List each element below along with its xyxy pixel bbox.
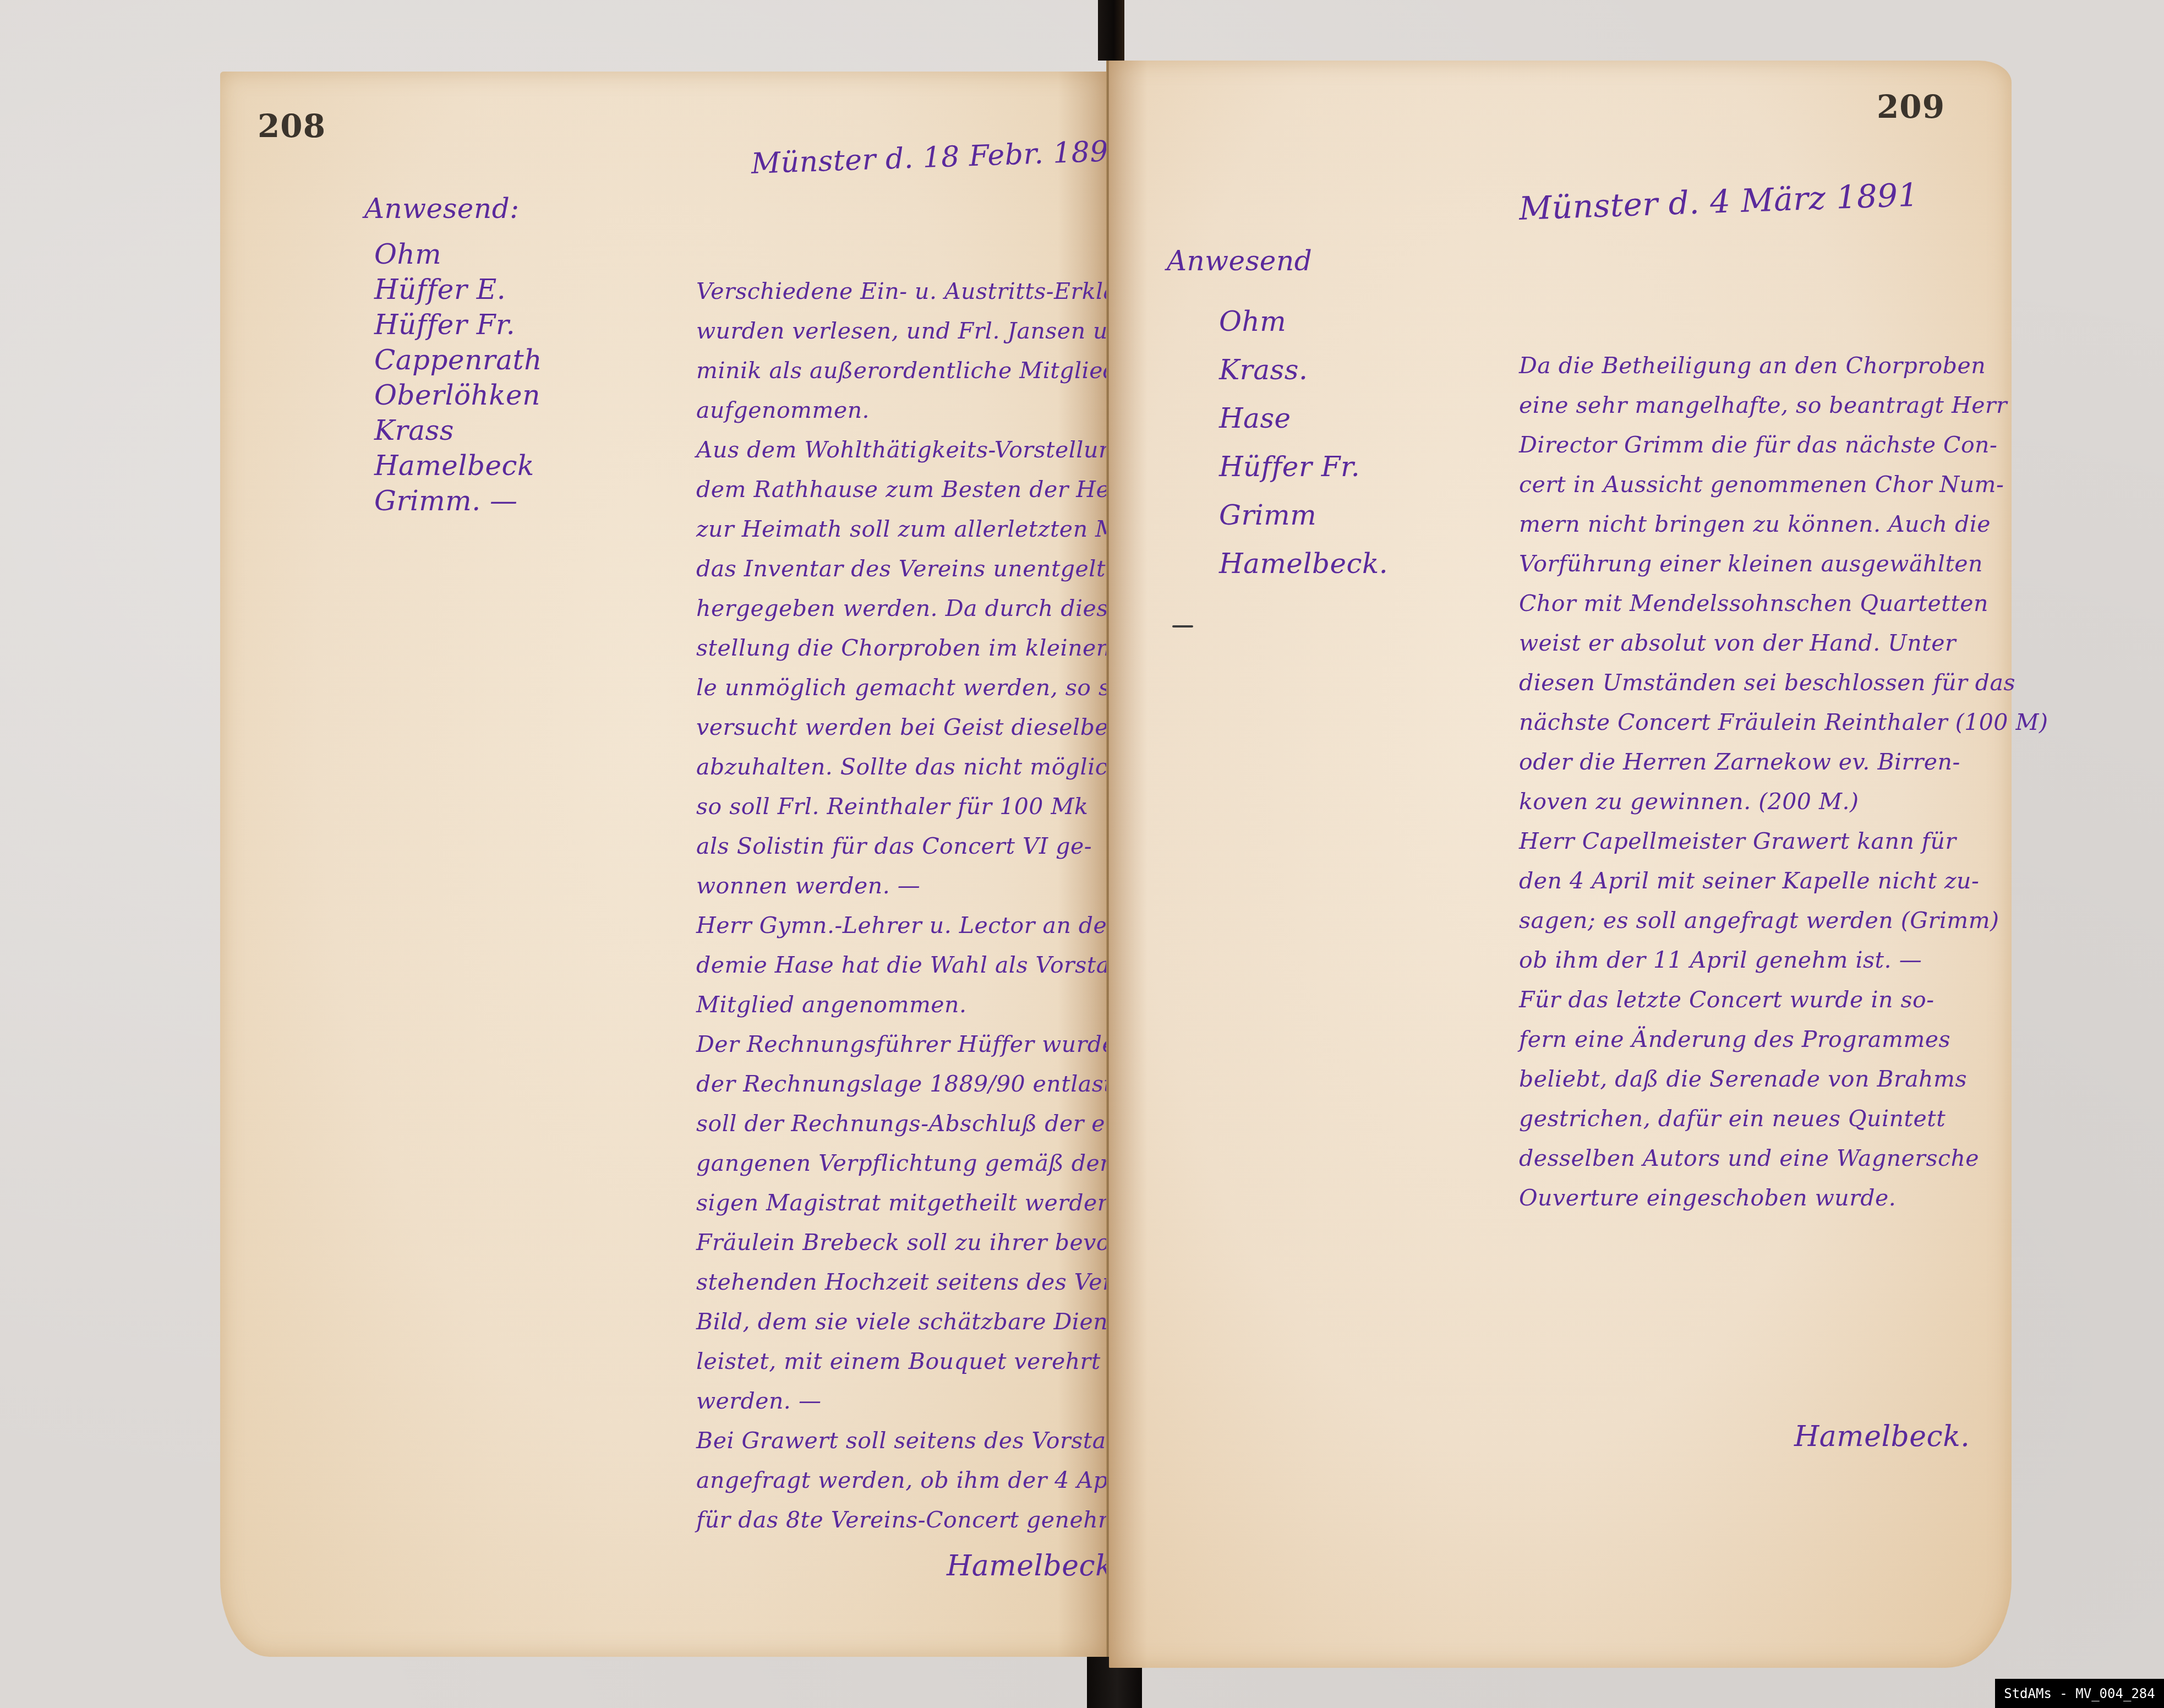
text-line: demie Hase hat die Wahl als Vorstands- — [696, 952, 1159, 978]
text-line: werden. — — [696, 1388, 821, 1414]
text-line: wonnen werden. — — [696, 872, 920, 899]
text-line: zur Heimath soll zum allerletzten Male — [696, 516, 1154, 542]
attendee: Krass. — [1219, 346, 1388, 394]
text-line: cert in Aussicht genommenen Chor Num- — [1519, 471, 2004, 498]
attendee: Ohm — [1219, 297, 1388, 346]
text-line: nächste Concert Fräulein Reinthaler (100… — [1519, 709, 2048, 735]
text-line: Director Grimm die für das nächste Con- — [1519, 432, 1997, 458]
left-attendance-label: Anwesend: — [364, 193, 520, 225]
margin-dash-mark — [1172, 625, 1193, 627]
text-line: eine sehr mangelhafte, so beantragt Herr — [1519, 392, 2007, 418]
text-line: angefragt werden, ob ihm der 4 April — [696, 1467, 1134, 1493]
text-line: koven zu gewinnen. (200 M.) — [1519, 788, 1859, 815]
text-line: Ouverture eingeschoben wurde. — [1519, 1185, 1896, 1211]
text-line: Mitglied angenommen. — [696, 991, 967, 1018]
right-attendee-list: Ohm Krass. Hase Hüffer Fr. Grimm Hamelbe… — [1219, 297, 1388, 588]
text-line: als Solistin für das Concert VI ge- — [696, 833, 1092, 859]
text-line: gestrichen, dafür ein neues Quintett — [1519, 1105, 1946, 1132]
text-line: Herr Capellmeister Grawert kann für — [1519, 828, 1957, 854]
text-line: minik als außerordentliche Mitglieder — [696, 357, 1143, 384]
text-line: diesen Umständen sei beschlossen für das — [1519, 669, 2015, 696]
text-line: fern eine Änderung des Programmes — [1519, 1026, 1950, 1052]
text-line: ob ihm der 11 April genehm ist. — — [1519, 947, 1922, 973]
text-line: Bei Grawert soll seitens des Vorstandes — [696, 1427, 1161, 1454]
text-line: Herr Gymn.-Lehrer u. Lector an der Aka- — [696, 912, 1178, 938]
text-line: Für das letzte Concert wurde in so- — [1519, 986, 1935, 1013]
attendee: Grimm — [1219, 491, 1388, 539]
right-signature: Hamelbeck. — [1794, 1420, 1970, 1453]
text-line: gangenen Verpflichtung gemäß dem hie- — [696, 1150, 1173, 1176]
text-line: Chor mit Mendelssohnschen Quartetten — [1519, 590, 1988, 616]
right-page-number: 209 — [1877, 88, 1945, 125]
attendee: Hüffer Fr. — [374, 307, 542, 342]
attendee: Ohm — [374, 237, 542, 272]
attendee: Hase — [1219, 394, 1388, 443]
archive-reference-label: StdAMs - MV_004_284 — [1995, 1679, 2164, 1708]
left-page-number: 208 — [258, 107, 326, 145]
text-line: mern nicht bringen zu können. Auch die — [1519, 511, 1991, 537]
text-line: soll der Rechnungs-Abschluß der einge- — [696, 1110, 1163, 1137]
text-line: sigen Magistrat mitgetheilt werden. — [696, 1189, 1119, 1216]
attendee: Hamelbeck — [374, 448, 542, 483]
text-line: sagen; es soll angefragt werden (Grimm) — [1519, 907, 1999, 934]
text-line: Vorführung einer kleinen ausgewählten — [1519, 550, 1983, 577]
attendee: Krass — [374, 413, 542, 448]
text-line: beliebt, daß die Serenade von Brahms — [1519, 1066, 1967, 1092]
attendee: Hüffer E. — [374, 272, 542, 307]
text-line: aufgenommen. — [696, 397, 870, 423]
text-line: Da die Betheiligung an den Chorproben — [1519, 352, 1986, 379]
text-line: oder die Herren Zarnekow ev. Birren- — [1519, 749, 1960, 775]
text-line: hergegeben werden. Da durch diese Ver- — [696, 595, 1177, 621]
book-spine-top — [1098, 0, 1124, 61]
right-attendance-label: Anwesend — [1167, 245, 1312, 277]
attendee: Cappenrath — [374, 342, 542, 378]
text-line: weist er absolut von der Hand. Unter — [1519, 630, 1956, 656]
text-line: Fräulein Brebeck soll zu ihrer bevor- — [696, 1229, 1129, 1256]
text-line: den 4 April mit seiner Kapelle nicht zu- — [1519, 867, 1979, 894]
text-line: stellung die Chorproben im kleinen Saa- — [696, 635, 1170, 661]
text-line: versucht werden bei Geist dieselben — [696, 714, 1123, 740]
text-line: le unmöglich gemacht werden, so soll — [696, 674, 1139, 701]
left-signature: Hamelbeck — [947, 1549, 1113, 1583]
attendee: Oberlöhken — [374, 378, 542, 413]
text-line: das Inventar des Vereins unentgeltlich — [696, 555, 1149, 582]
attendee: Hamelbeck. — [1219, 539, 1388, 588]
text-line: so soll Frl. Reinthaler für 100 Mk — [696, 793, 1088, 820]
left-attendee-list: Ohm Hüffer E. Hüffer Fr. Cappenrath Ober… — [374, 237, 542, 519]
text-line: leistet, mit einem Bouquet verehrt — [696, 1348, 1101, 1374]
text-line: desselben Autors und eine Wagnersche — [1519, 1145, 1979, 1171]
text-line: Aus dem Wohlthätigkeits-Vorstellung auf — [696, 436, 1173, 463]
left-page — [220, 72, 1107, 1657]
attendee: Hüffer Fr. — [1219, 443, 1388, 491]
attendee: Grimm. — — [374, 483, 542, 519]
text-line: für das 8te Vereins-Concert genehm. — [696, 1507, 1127, 1533]
